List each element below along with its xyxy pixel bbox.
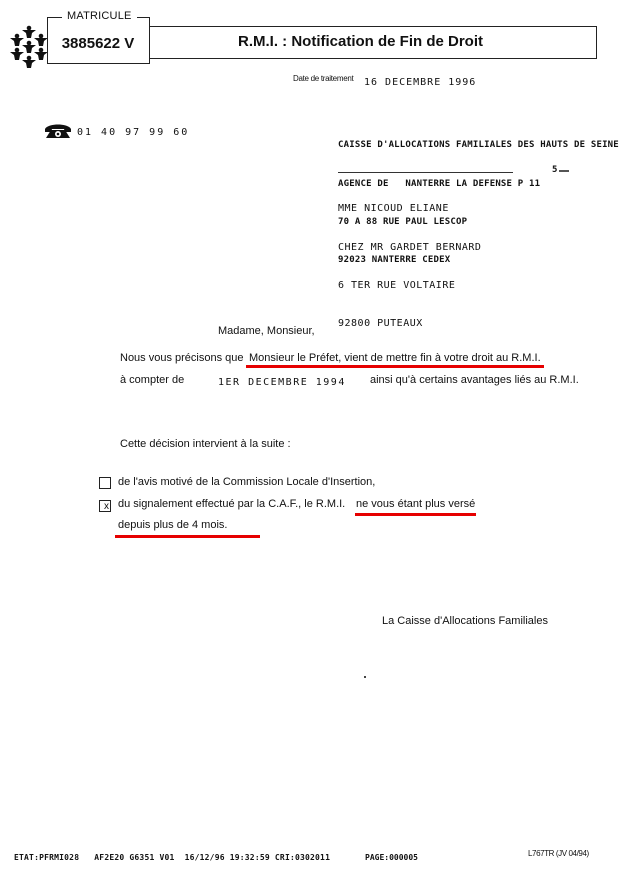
processing-date-value: 16 DECEMBRE 1996 [364, 77, 476, 88]
highlight-underline [246, 365, 544, 368]
footer-timestamp: 16/12/96 19:32:59 [185, 853, 270, 862]
reason-caf-highlight: ne vous étant plus versé [356, 498, 475, 510]
recipient-address: MME NICOUD ELIANE CHEZ MR GARDET BERNARD… [338, 178, 481, 343]
matricule-label: MATRICULE [62, 10, 137, 22]
reason-caf-text: du signalement effectué par la C.A.F., l… [118, 498, 345, 510]
telephone-icon [44, 123, 72, 139]
separator-dash [559, 170, 569, 172]
address-separator [338, 172, 513, 173]
decision-intro: Cette décision intervient à la suite : [120, 438, 291, 450]
end-of-right-date: 1ER DECEMBRE 1994 [218, 377, 346, 388]
matricule-value: 3885622 V [48, 35, 148, 52]
paragraph2-prefix: à compter de [120, 374, 184, 386]
highlight-underline [115, 535, 260, 538]
paragraph1-highlight: Monsieur le Préfet, vient de mettre fin … [249, 352, 541, 364]
processing-date-label: Date de traitement [293, 74, 353, 83]
recipient-line: CHEZ MR GARDET BERNARD [338, 242, 481, 255]
reason-commission-text: de l'avis motivé de la Commission Locale… [118, 476, 375, 488]
footer-page-number: PAGE:000005 [365, 853, 418, 862]
separator-code: 5 [552, 165, 557, 175]
paragraph1-intro: Nous vous précisons que [120, 352, 244, 364]
caf-logo-icon [9, 25, 49, 69]
signature: La Caisse d'Allocations Familiales [382, 615, 548, 627]
matricule-box: 3885622 V [47, 17, 150, 64]
paragraph2-suffix: ainsi qu'à certains avantages liés au R.… [370, 374, 579, 386]
highlight-underline [355, 513, 476, 516]
recipient-line: 92800 PUTEAUX [338, 318, 481, 331]
recipient-line: MME NICOUD ELIANE [338, 203, 481, 216]
salutation: Madame, Monsieur, [218, 325, 315, 337]
document-title: R.M.I. : Notification de Fin de Droit [238, 33, 483, 50]
reason-checkbox-commission [99, 477, 111, 489]
footer-etat: ETAT:PFRMI028 [14, 853, 79, 862]
phone-number: 01 40 97 99 60 [77, 127, 189, 138]
reason-caf-continuation: depuis plus de 4 mois. [118, 519, 227, 531]
footer-print-info: ETAT:PFRMI028 AF2E20 G6351 V01 16/12/96 … [14, 853, 330, 862]
footer-codes: AF2E20 G6351 V01 [94, 853, 174, 862]
recipient-line: 6 TER RUE VOLTAIRE [338, 280, 481, 293]
sender-line: CAISSE D'ALLOCATIONS FAMILIALES DES HAUT… [338, 139, 619, 152]
stray-dot [364, 676, 366, 678]
footer-cri: CRI:0302011 [275, 853, 330, 862]
reason-checkbox-caf: x [99, 500, 111, 512]
footer-form-reference: L767TR (JV 04/94) [528, 849, 589, 858]
